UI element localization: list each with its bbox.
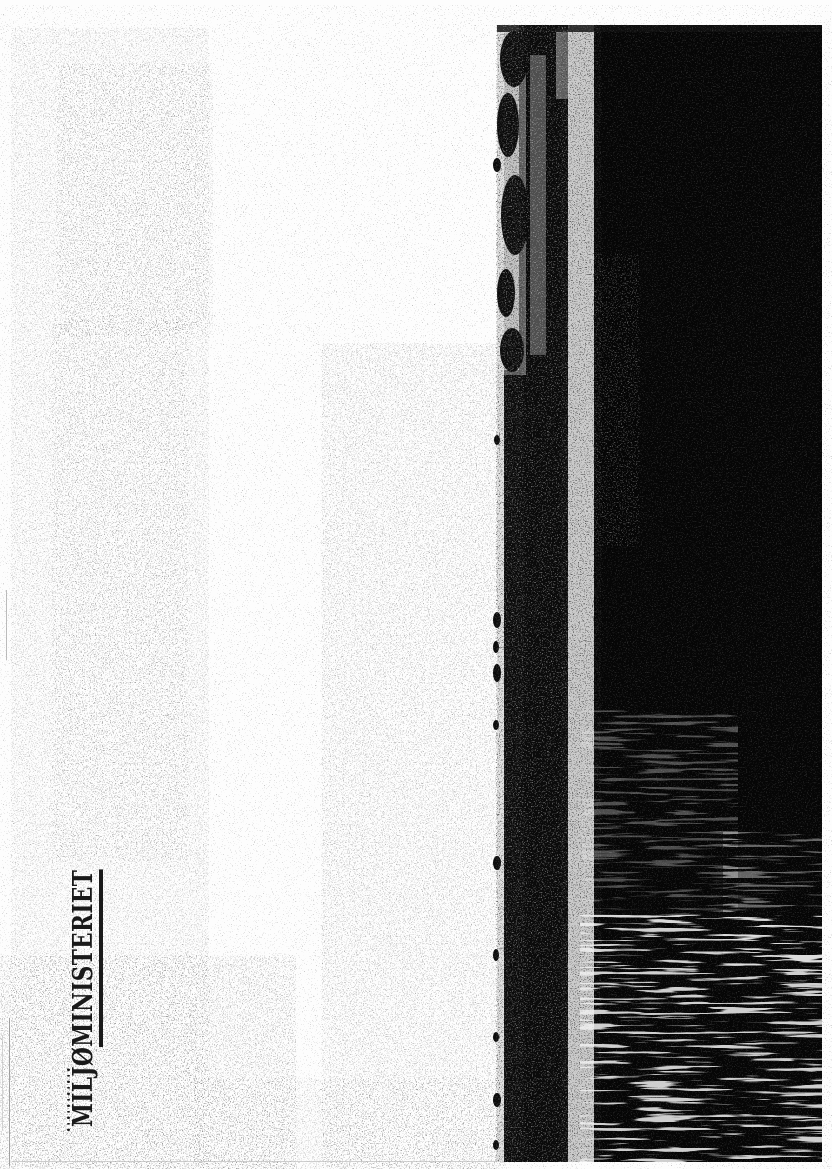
logo-dot <box>67 1111 70 1113</box>
logo-dot <box>67 1099 70 1101</box>
logo-dot <box>67 1081 70 1083</box>
logo-dot <box>67 1087 70 1089</box>
ministry-logo: MILJØMINISTERIET <box>70 870 97 1127</box>
scan-artifact-line-3 <box>2 1035 3 1130</box>
scan-artifact-line-1 <box>6 590 7 660</box>
scan-artifact-line-2 <box>9 1018 10 1166</box>
cover-photo <box>490 25 822 1162</box>
logo-text-ministeriet: MINISTERIET <box>68 870 103 1047</box>
logo-dot <box>67 1069 70 1071</box>
logo-dot <box>67 1117 70 1119</box>
logo-text-miljo: MILJØ <box>68 1047 99 1127</box>
logo-dots <box>67 1069 70 1131</box>
scanned-cover-page: MILJØMINISTERIET <box>0 0 832 1169</box>
logo-dot <box>67 1105 70 1107</box>
cover-photo-image <box>490 25 822 1162</box>
logo-dot <box>67 1123 70 1125</box>
logo-dot <box>67 1093 70 1095</box>
logo-dot <box>67 1129 70 1131</box>
logo-dot <box>67 1075 70 1077</box>
scan-artifact-line-4 <box>12 1161 498 1162</box>
